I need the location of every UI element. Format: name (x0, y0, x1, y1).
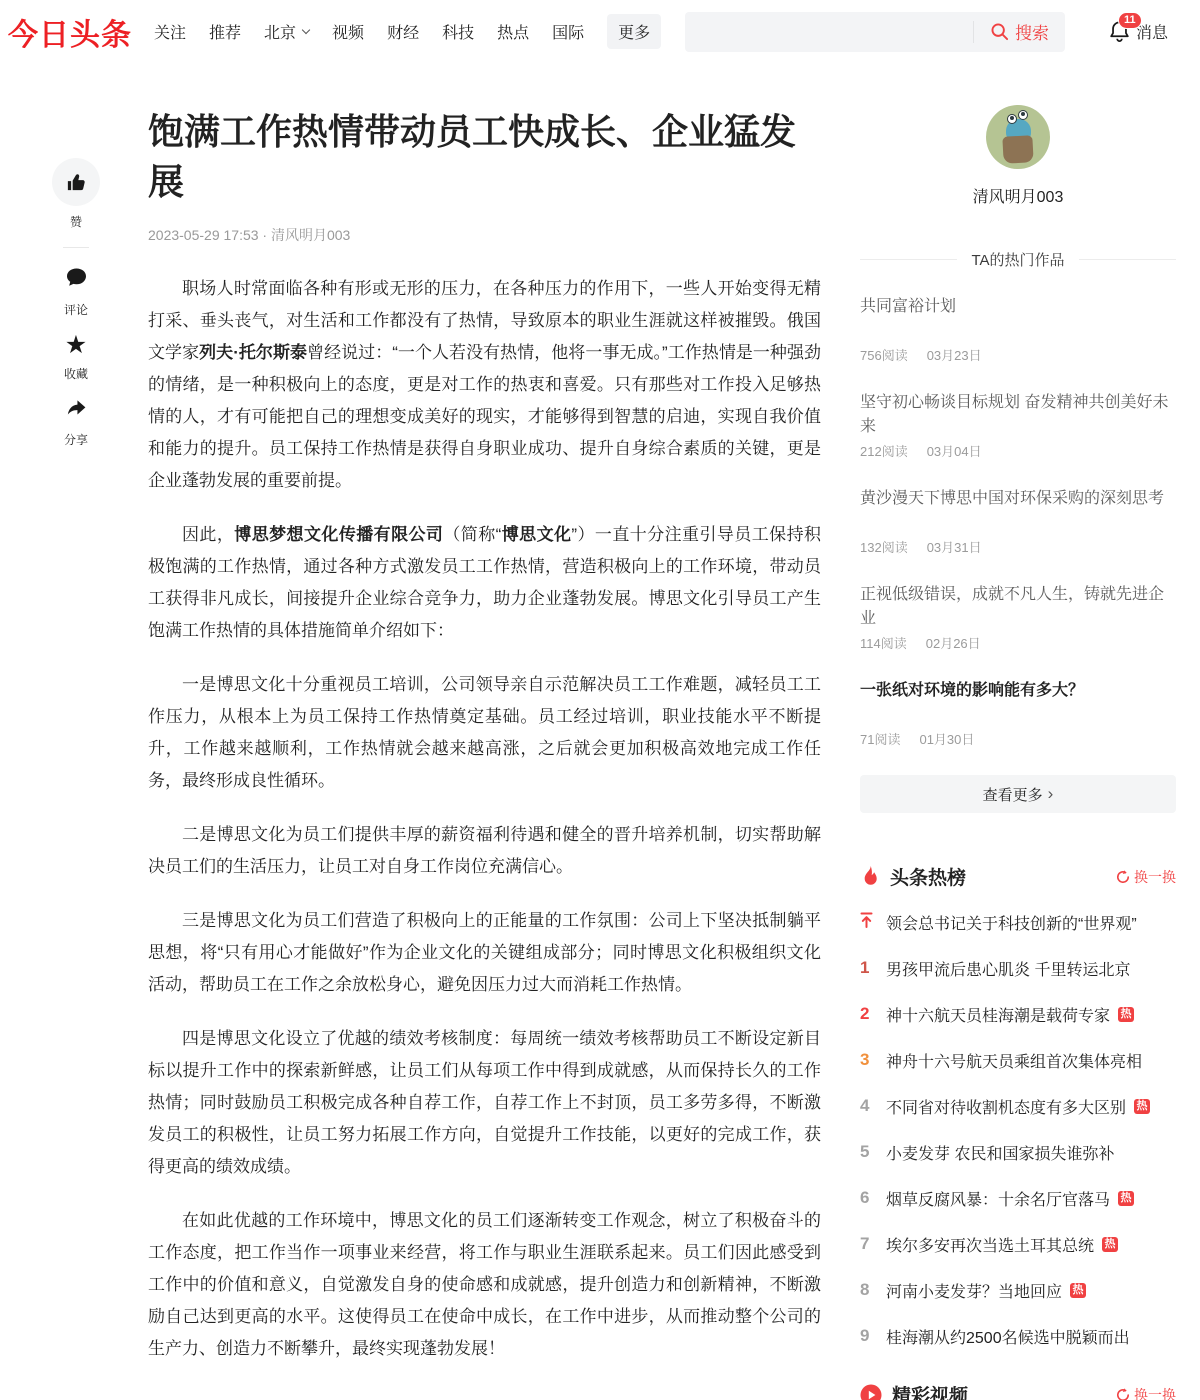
video-refresh-button[interactable]: 换一换 (1116, 1385, 1176, 1400)
hot-list-item[interactable]: 8河南小麦发芽？当地回应热 (860, 1267, 1176, 1313)
hot-list-item[interactable]: 4不同省对待收割机态度有多大区别热 (860, 1083, 1176, 1129)
work-item[interactable]: 一张纸对环境的影响能有多大？71阅读01月30日 (860, 679, 1176, 748)
nav-item-label: 视频 (332, 20, 364, 43)
nav-item-label: 热点 (497, 20, 529, 43)
avatar-art (1002, 135, 1033, 164)
work-date: 03月31日 (927, 537, 982, 556)
hot-rank: 3 (860, 1050, 886, 1070)
text-segment: 二是博思文化为员工们提供丰厚的薪资福利待遇和健全的晋升培养机制，切实帮助解决员工… (148, 825, 821, 876)
pinned-top-icon (860, 912, 886, 933)
favorite-label: 收藏 (52, 365, 100, 382)
nav-item-tech[interactable]: 科技 (442, 20, 474, 43)
hot-item-text: 埃尔多安再次当选土耳其总统 (886, 1233, 1094, 1256)
comment-label: 评论 (52, 301, 100, 318)
like-label: 赞 (52, 213, 100, 230)
work-read-count: 71阅读 (860, 729, 900, 748)
hot-rank: 8 (860, 1280, 886, 1300)
hot-board-section: 头条热榜 换一换 领会总书记关于科技创新的“世界观”1男孩甲流后患心肌炎 千里转… (860, 863, 1176, 1359)
hot-item-text: 神十六航天员桂海潮是载荷专家 (886, 1003, 1110, 1026)
nav-item-label: 关注 (154, 20, 186, 43)
hot-item-text: 桂海潮从约2500名候选中脱颖而出 (886, 1325, 1130, 1348)
work-read-count: 756阅读 (860, 345, 908, 364)
search-icon (990, 22, 1009, 41)
video-section-title: 精彩视频 (892, 1381, 968, 1400)
hot-works-divider: TA的热门作品 (860, 249, 1176, 270)
hot-board-list: 领会总书记关于科技创新的“世界观”1男孩甲流后患心肌炎 千里转运北京2神十六航天… (860, 899, 1176, 1359)
messages-badge: 11 (1118, 12, 1142, 29)
thumbs-up-icon (65, 171, 88, 194)
nav-item-more[interactable]: 更多 (607, 14, 661, 49)
chevron-down-icon (302, 25, 310, 33)
text-segment: 博思梦想文化传播有限公司 (234, 525, 443, 544)
search-input[interactable] (685, 12, 973, 52)
work-title: 坚守初心畅谈目标规划 奋发精神共创美好未来 (860, 391, 1176, 441)
hot-badge: 热 (1134, 1099, 1150, 1114)
hot-works-title: TA的热门作品 (971, 249, 1064, 270)
author-card: 清风明月003 (860, 63, 1176, 207)
hot-item-text: 神舟十六号航天员乘组首次集体亮相 (886, 1049, 1142, 1072)
search-button[interactable]: 搜索 (974, 12, 1065, 52)
text-segment: 一是博思文化十分重视员工培训，公司领导亲自示范解决员工工作难题，减轻员工工作压力… (148, 675, 821, 790)
star-icon: ★ (52, 332, 100, 358)
work-read-count: 212阅读 (860, 441, 908, 460)
article: 饱满工作热情带动员工快成长、企业猛发展 2023-05-29 17:53 · 清… (148, 63, 821, 1365)
nav-item-beijing[interactable]: 北京 (264, 20, 309, 43)
refresh-icon (1116, 870, 1130, 884)
hot-rank: 9 (860, 1326, 886, 1346)
text-segment: 列夫·托尔斯泰 (199, 343, 307, 362)
sidebar: 清风明月003 TA的热门作品 共同富裕计划756阅读03月23日坚守初心畅谈目… (860, 63, 1176, 1400)
article-body: 职场人时常面临各种有形或无形的压力，在各种压力的作用下，一些人开始变得无精打采、… (148, 273, 821, 1365)
share-button[interactable]: 分享 (52, 396, 100, 448)
see-more-label: 查看更多 (983, 784, 1043, 805)
comment-button[interactable]: 评论 (52, 265, 100, 318)
share-label: 分享 (52, 431, 100, 448)
refresh-icon (1116, 1388, 1130, 1400)
hot-item-text: 河南小麦发芽？当地回应 (886, 1279, 1062, 1302)
work-meta: 212阅读03月04日 (860, 441, 1176, 460)
toutiao-logo[interactable]: 今日头条 (8, 10, 132, 54)
article-meta: 2023-05-29 17:53 · 清风明月003 (148, 225, 821, 245)
hot-rank: 7 (860, 1234, 886, 1254)
flame-icon (860, 865, 880, 888)
like-button[interactable] (52, 158, 100, 206)
hot-list-item[interactable]: 2神十六航天员桂海潮是载荷专家热 (860, 991, 1176, 1037)
work-read-count: 132阅读 (860, 537, 908, 556)
search-box: 搜索 (685, 12, 1065, 52)
play-icon (860, 1384, 882, 1400)
article-title: 饱满工作热情带动员工快成长、企业猛发展 (148, 107, 821, 207)
text-segment: 四是博思文化设立了优越的绩效考核制度：每周统一绩效考核帮助员工不断设定新目标以提… (148, 1029, 821, 1176)
hot-badge: 热 (1070, 1283, 1086, 1298)
see-more-button[interactable]: 查看更多 › (860, 775, 1176, 813)
nav-item-follow[interactable]: 关注 (154, 20, 186, 43)
hot-badge: 热 (1118, 1007, 1134, 1022)
hot-list-item[interactable]: 3神舟十六号航天员乘组首次集体亮相 (860, 1037, 1176, 1083)
divider-line (1079, 259, 1176, 260)
article-paragraph: 因此，博思梦想文化传播有限公司（简称“博思文化”）一直十分注重引导员工保持积极饱… (148, 519, 821, 647)
nav-item-label: 财经 (387, 20, 419, 43)
divider-line (860, 259, 957, 260)
text-segment: 因此， (182, 525, 234, 544)
work-meta: 114阅读02月26日 (860, 633, 1176, 652)
hot-list-item[interactable]: 领会总书记关于科技创新的“世界观” (860, 899, 1176, 945)
hot-item-text: 男孩甲流后患心肌炎 千里转运北京 (886, 957, 1130, 980)
hot-rank: 4 (860, 1096, 886, 1116)
nav-item-label: 更多 (618, 20, 650, 43)
hot-board-header: 头条热榜 换一换 (860, 863, 1176, 890)
top-navigation-bar: 今日头条 关注推荐北京视频财经科技热点国际更多 搜索 11 消息 (0, 0, 1200, 63)
work-item[interactable]: 坚守初心畅谈目标规划 奋发精神共创美好未来212阅读03月04日 (860, 391, 1176, 460)
work-meta: 756阅读03月23日 (860, 345, 1176, 364)
rail-divider (63, 247, 89, 248)
article-paragraph: 三是博思文化为员工们营造了积极向上的正能量的工作氛围：公司上下坚决抵制躺平思想，… (148, 905, 821, 1001)
video-section-header: 精彩视频 换一换 (860, 1381, 1176, 1400)
work-title: 黄沙漫天下博思中国对环保采购的深刻思考 (860, 487, 1176, 537)
chevron-right-icon: › (1048, 784, 1054, 804)
hot-list-item[interactable]: 9桂海潮从约2500名候选中脱颖而出 (860, 1313, 1176, 1359)
hot-badge: 热 (1102, 1237, 1118, 1252)
author-works-list: 共同富裕计划756阅读03月23日坚守初心畅谈目标规划 奋发精神共创美好未来21… (860, 295, 1176, 748)
hot-rank: 5 (860, 1142, 886, 1162)
article-paragraph: 在如此优越的工作环境中，博思文化的员工们逐渐转变工作观念，树立了积极奋斗的工作态… (148, 1205, 821, 1365)
text-segment: 曾经说过：“一个人若没有热情，他将一事无成。”工作热情是一种强劲的情绪，是一种积… (148, 343, 821, 490)
work-title: 正视低级错误，成就不凡人生，铸就先进企业 (860, 583, 1176, 633)
favorite-button[interactable]: ★ 收藏 (52, 332, 100, 382)
nav-item-recommend[interactable]: 推荐 (209, 20, 241, 43)
work-date: 03月23日 (927, 345, 982, 364)
nav-item-video[interactable]: 视频 (332, 20, 364, 43)
nav-item-label: 推荐 (209, 20, 241, 43)
hot-board-refresh-label: 换一换 (1134, 867, 1176, 887)
work-title: 一张纸对环境的影响能有多大？ (860, 679, 1176, 729)
work-item[interactable]: 共同富裕计划756阅读03月23日 (860, 295, 1176, 364)
hot-board-refresh-button[interactable]: 换一换 (1116, 867, 1176, 887)
nav-item-finance[interactable]: 财经 (387, 20, 419, 43)
avatar-art (1018, 110, 1028, 120)
messages-button[interactable]: 11 消息 (1107, 19, 1168, 45)
text-segment: （简称“ (443, 525, 501, 544)
hot-list-item[interactable]: 7埃尔多安再次当选土耳其总统热 (860, 1221, 1176, 1267)
nav-item-label: 国际 (552, 20, 584, 43)
search-button-label: 搜索 (1015, 19, 1049, 44)
article-paragraph: 一是博思文化十分重视员工培训，公司领导亲自示范解决员工工作难题，减轻员工工作压力… (148, 669, 821, 797)
author-avatar[interactable] (986, 105, 1050, 169)
hot-board-title: 头条热榜 (890, 863, 966, 890)
main-nav: 关注推荐北京视频财经科技热点国际更多 (154, 14, 661, 49)
hot-rank: 6 (860, 1188, 886, 1208)
hot-rank: 2 (860, 1004, 886, 1024)
hot-item-text: 领会总书记关于科技创新的“世界观” (886, 911, 1137, 934)
avatar-art (1007, 114, 1017, 124)
hot-list-item[interactable]: 6烟草反腐风暴：十余名厅官落马热 (860, 1175, 1176, 1221)
text-segment: 博思文化 (501, 525, 571, 544)
text-segment: 在如此优越的工作环境中，博思文化的员工们逐渐转变工作观念，树立了积极奋斗的工作态… (148, 1211, 821, 1358)
share-icon (64, 396, 88, 419)
work-title: 共同富裕计划 (860, 295, 1176, 345)
hot-list-item[interactable]: 5小麦发芽 农民和国家损失谁弥补 (860, 1129, 1176, 1175)
hot-rank: 1 (860, 958, 886, 978)
work-read-count: 114阅读 (860, 633, 907, 652)
work-date: 02月26日 (926, 633, 981, 652)
text-segment: 三是博思文化为员工们营造了积极向上的正能量的工作氛围：公司上下坚决抵制躺平思想，… (148, 911, 821, 994)
nav-item-label: 科技 (442, 20, 474, 43)
work-meta: 132阅读03月31日 (860, 537, 1176, 556)
hot-item-text: 小麦发芽 农民和国家损失谁弥补 (886, 1141, 1114, 1164)
article-paragraph: 职场人时常面临各种有形或无形的压力，在各种压力的作用下，一些人开始变得无精打采、… (148, 273, 821, 497)
hot-badge: 热 (1118, 1191, 1134, 1206)
hot-list-item[interactable]: 1男孩甲流后患心肌炎 千里转运北京 (860, 945, 1176, 991)
author-name[interactable]: 清风明月003 (860, 184, 1176, 207)
work-item[interactable]: 黄沙漫天下博思中国对环保采购的深刻思考132阅读03月31日 (860, 487, 1176, 556)
work-meta: 71阅读01月30日 (860, 729, 1176, 748)
video-section: 精彩视频 换一换 (860, 1381, 1176, 1400)
action-rail: 赞 评论 ★ 收藏 分享 (52, 158, 100, 448)
hot-item-text: 不同省对待收割机态度有多大区别 (886, 1095, 1126, 1118)
comment-icon (64, 265, 89, 289)
article-paragraph: 二是博思文化为员工们提供丰厚的薪资福利待遇和健全的晋升培养机制，切实帮助解决员工… (148, 819, 821, 883)
hot-item-text: 烟草反腐风暴：十余名厅官落马 (886, 1187, 1110, 1210)
nav-item-label: 北京 (264, 20, 296, 43)
work-item[interactable]: 正视低级错误，成就不凡人生，铸就先进企业114阅读02月26日 (860, 583, 1176, 652)
nav-item-hot[interactable]: 热点 (497, 20, 529, 43)
article-paragraph: 四是博思文化设立了优越的绩效考核制度：每周统一绩效考核帮助员工不断设定新目标以提… (148, 1023, 821, 1183)
nav-item-world[interactable]: 国际 (552, 20, 584, 43)
video-refresh-label: 换一换 (1134, 1385, 1176, 1400)
work-date: 01月30日 (919, 729, 974, 748)
work-date: 03月04日 (927, 441, 982, 460)
